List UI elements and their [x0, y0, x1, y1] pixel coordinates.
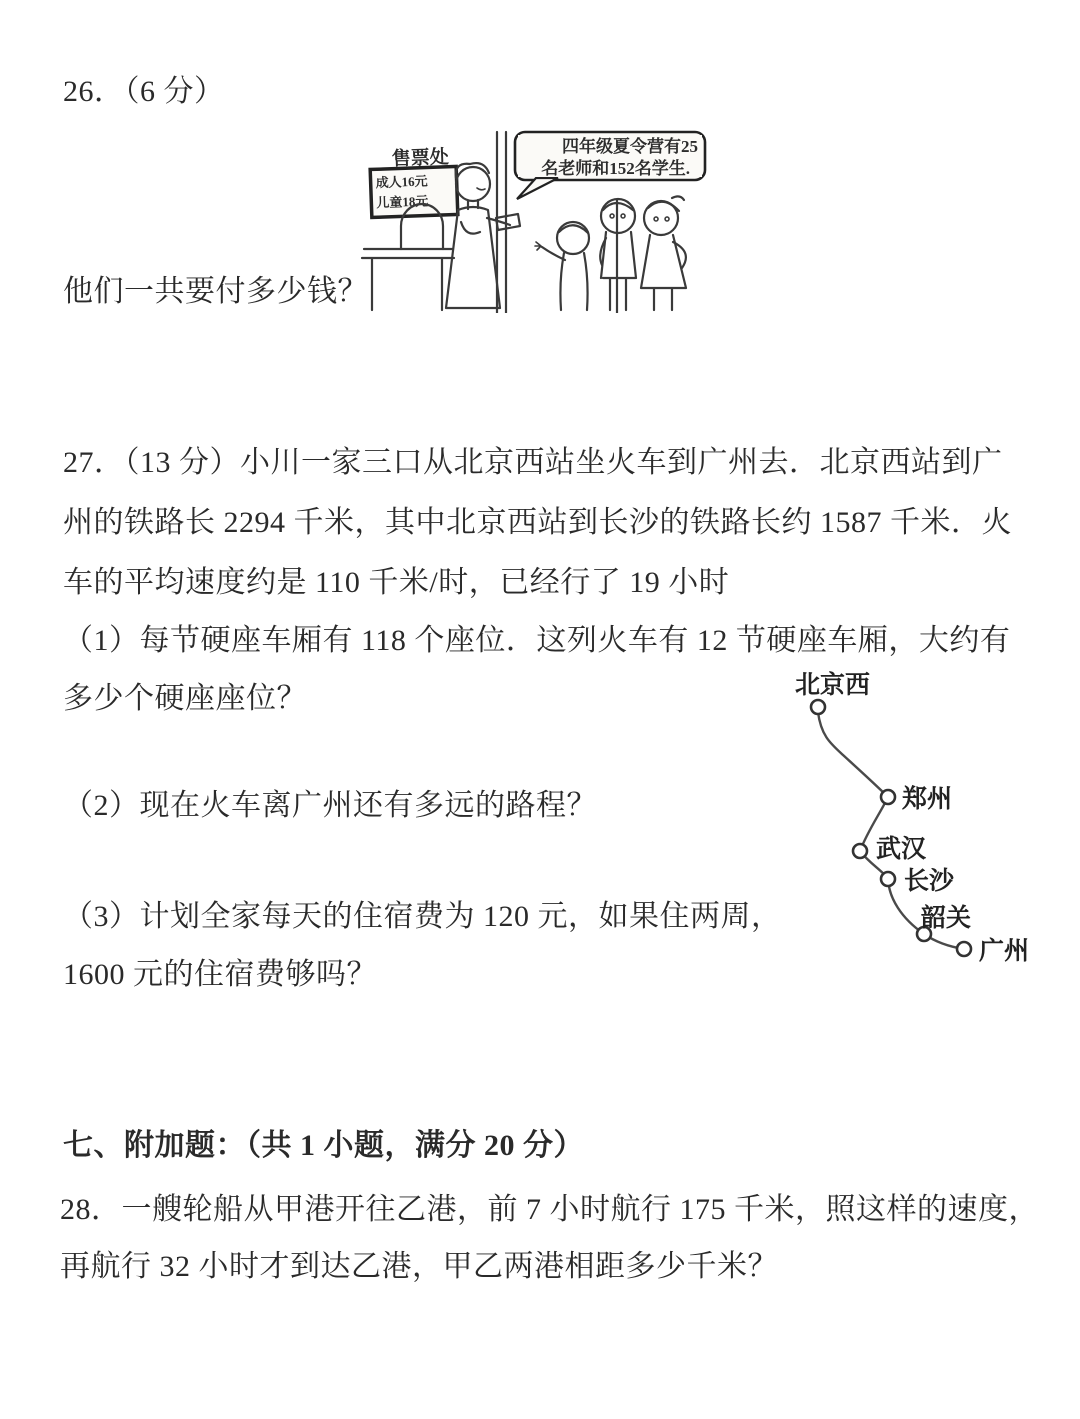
q28-line1: 28．一艘轮船从甲港开往乙港，前 7 小时航行 175 千米，照这样的速度， — [60, 1190, 1039, 1230]
worksheet-page: 26．（6 分） 售票处 成人16元 儿童18元 — [0, 0, 1080, 1419]
station-label-wuhan: 武汉 — [876, 835, 927, 863]
station-label-zhengzhou: 郑州 — [901, 784, 952, 813]
q27-sub2: （2）现在火车离广州还有多远的路程？ — [63, 786, 597, 826]
railway-route-drawing: 北京西 郑州 武汉 长沙 韶关 广州 — [775, 660, 1045, 970]
station-label-guangzhou: 广州 — [979, 937, 1029, 965]
child-figure-2 — [600, 199, 636, 310]
station-label-beijingxi: 北京西 — [795, 670, 870, 699]
q27-line3: 车的平均速度约是 110 千米/时，已经行了 19 小时 — [63, 563, 729, 603]
teacher-figure — [446, 163, 520, 308]
q26-illustration: 售票处 成人16元 儿童18元 — [360, 118, 740, 313]
q26-question: 他们一共要付多少钱？ — [63, 272, 368, 312]
q26-header: 26．（6 分） — [63, 72, 225, 112]
station-dot-wuhan — [853, 844, 867, 858]
q27-sub1-line1: （1）每节硬座车厢有 118 个座位．这列火车有 12 节硬座车厢，大约有 — [63, 621, 1010, 661]
ticket-booth-scene-drawing: 售票处 成人16元 儿童18元 — [360, 118, 740, 313]
station-label-shaoguan: 韶关 — [921, 903, 971, 932]
station-dot-guangzhou — [957, 942, 971, 956]
q27-sub3-line1: （3）计划全家每天的住宿费为 120 元，如果住两周， — [63, 897, 782, 937]
section7-header: 七、附加题：（共 1 小题，满分 20 分） — [63, 1126, 584, 1166]
speech-line2: 名老师和152名学生. — [541, 158, 690, 178]
speech-line1: 四年级夏令营有25 — [562, 136, 698, 156]
child-figure-3 — [641, 196, 686, 310]
q27-line2: 州的铁路长 2294 千米，其中北京西站到长沙的铁路长约 1587 千米．火 — [63, 503, 1012, 543]
q27-line1: 27．（13 分）小川一家三口从北京西站坐火车到广州去．北京西站到广 — [63, 443, 1003, 483]
station-dot-changsha — [881, 872, 895, 886]
q28-line2: 再航行 32 小时才到达乙港，甲乙两港相距多少千米？ — [60, 1247, 778, 1287]
price-child-label: 儿童18元 — [376, 193, 429, 210]
speech-bubble: 四年级夏令营有25 名老师和152名学生. — [515, 132, 705, 199]
booth-counter — [362, 249, 454, 310]
station-label-changsha: 长沙 — [904, 867, 955, 895]
price-adult-label: 成人16元 — [375, 173, 428, 190]
child-figure-1 — [535, 222, 589, 310]
q27-sub1-line2: 多少个硬座座位？ — [63, 679, 307, 719]
price-board: 成人16元 儿童18元 — [370, 166, 458, 217]
station-dot-beijingxi — [811, 700, 825, 714]
q27-route-map: 北京西 郑州 武汉 长沙 韶关 广州 — [775, 660, 1045, 970]
q27-sub3-line2: 1600 元的住宿费够吗？ — [63, 955, 377, 995]
station-dot-zhengzhou — [881, 790, 895, 804]
